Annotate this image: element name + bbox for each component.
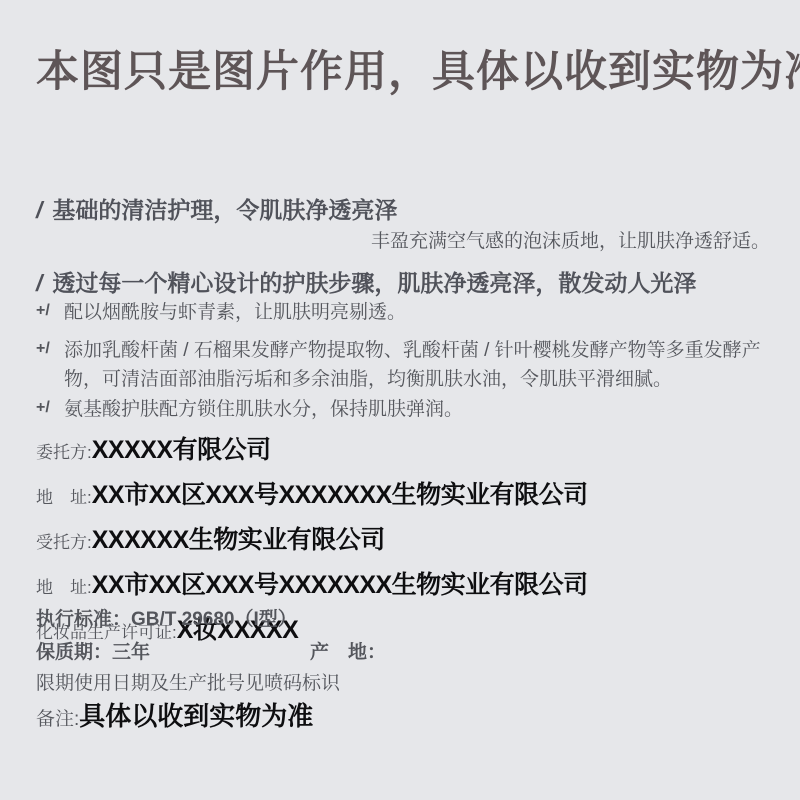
feature-point: +/添加乳酸杆菌 / 石榴果发酵产物提取物、乳酸杆菌 / 针叶樱桃发酵产物等多重…	[36, 336, 796, 395]
plus-slash-marker-icon: +/	[36, 299, 50, 324]
standard-line: 执行标准：GB/T 29680（I型）	[36, 604, 297, 631]
page-title: 本图只是图片作用，具体以收到实物为准	[36, 38, 800, 99]
info-row-address-1: 地 址: XX市XX区XXX号XXXXXXX生物实业有限公司	[36, 475, 776, 511]
feature-point: +/配以烟酰胺与虾青素，让肌肤明亮剔透。	[36, 298, 796, 327]
info-row-address-2: 地 址: XX市XX区XXX号XXXXXXX生物实业有限公司	[36, 565, 776, 601]
info-label: 委托方:	[36, 438, 92, 463]
info-value: XX市XX区XXX号XXXXXXX生物实业有限公司	[92, 565, 588, 601]
info-label: 地 址:	[36, 483, 92, 508]
slash-marker-icon: /	[36, 270, 42, 296]
feature-point-text: 配以烟酰胺与虾青素，让肌肤明亮剔透。	[64, 302, 406, 323]
feature-point-text: 氨基酸护肤配方锁住肌肤水分，保持肌肤弹润。	[64, 399, 463, 420]
shelf-life-line: 保质期：三年	[36, 637, 150, 664]
info-value: XX市XX区XXX号XXXXXXX生物实业有限公司	[92, 475, 588, 511]
feature-heading-1-text: 基础的清洁护理，令肌肤净透亮泽	[52, 197, 397, 223]
feature-point: +/氨基酸护肤配方锁住肌肤水分，保持肌肤弹润。	[36, 395, 796, 424]
product-disclaimer-image: 本图只是图片作用，具体以收到实物为准 /基础的清洁护理，令肌肤净透亮泽 丰盈充满…	[0, 0, 800, 800]
remark-label: 备注:	[36, 704, 79, 731]
plus-slash-marker-icon: +/	[36, 337, 50, 362]
feature-heading-2: /透过每一个精心设计的护肤步骤，肌肤净透亮泽，散发动人光泽	[36, 265, 696, 298]
info-value: XXXXX有限公司	[92, 430, 271, 466]
feature-heading-2-text: 透过每一个精心设计的护肤步骤，肌肤净透亮泽，散发动人光泽	[52, 270, 696, 296]
info-value: XXXXXX生物实业有限公司	[92, 520, 385, 556]
slash-marker-icon: /	[36, 197, 42, 223]
batch-note-line: 限期使用日期及生产批号见喷码标识	[36, 668, 340, 695]
info-row-entrusted-party: 受托方: XXXXXX生物实业有限公司	[36, 520, 776, 556]
plus-slash-marker-icon: +/	[36, 396, 50, 421]
origin-line: 产 地：	[310, 637, 386, 664]
info-label: 受托方:	[36, 528, 92, 553]
remark-row: 备注: 具体以收到实物为准	[36, 696, 313, 733]
feature-heading-1: /基础的清洁护理，令肌肤净透亮泽	[36, 192, 397, 225]
info-label: 地 址:	[36, 573, 92, 598]
feature-point-text: 添加乳酸杆菌 / 石榴果发酵产物提取物、乳酸杆菌 / 针叶樱桃发酵产物等多重发酵…	[64, 340, 761, 390]
feature-note: 丰盈充满空气感的泡沫质地，让肌肤净透舒适。	[371, 226, 770, 253]
info-row-entrusting-party: 委托方: XXXXX有限公司	[36, 430, 776, 466]
remark-value: 具体以收到实物为准	[79, 696, 313, 733]
